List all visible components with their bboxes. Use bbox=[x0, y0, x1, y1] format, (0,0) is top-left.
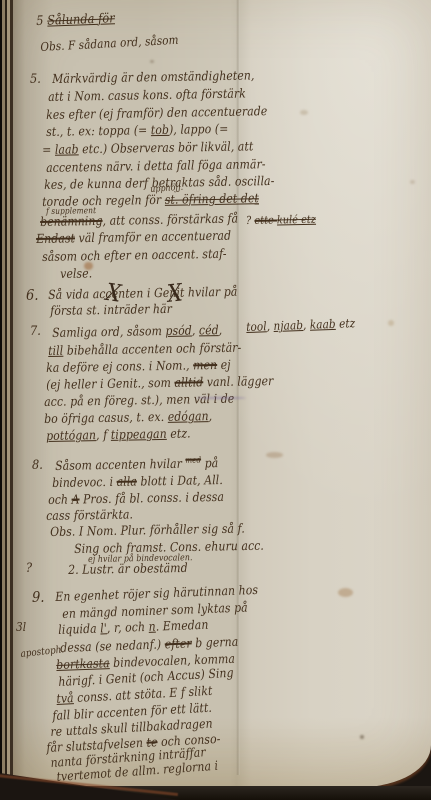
manuscript-text-segment: Obs. F sådana ord, såsom bbox=[40, 33, 179, 54]
paragraph-9-number: 9. bbox=[32, 588, 45, 606]
header-obs-line: Obs. F sådana ord, såsom bbox=[40, 33, 179, 54]
manuscript-text-segment: , bbox=[209, 408, 213, 423]
manuscript-text-segment: Så vida accenten i Genit hvilar på bbox=[48, 284, 238, 302]
manuscript-text-segment: ? bbox=[246, 214, 255, 227]
paper-stain bbox=[300, 110, 308, 115]
manuscript-text-segment: att i Nom. casus kons. ofta förstärk bbox=[48, 86, 246, 104]
manuscript-text-segment: st., t. ex: toppa (= bbox=[46, 122, 151, 139]
p7-line: Samliga ord, såsom psód, céd, bbox=[52, 322, 222, 340]
paragraph-8-number: 8. bbox=[32, 458, 43, 473]
manuscript-text-segment: b gerna bbox=[191, 634, 238, 651]
manuscript-text-segment: ej bbox=[217, 357, 231, 372]
manuscript-text-segment: alltid bbox=[174, 374, 203, 389]
manuscript-text-segment: acc. på en föreg. st.), men väl i de bbox=[44, 391, 235, 409]
header-struck-title: 5 Sålunda för bbox=[36, 11, 115, 29]
manuscript-text-segment: ka deföre ej cons. i Nom., bbox=[46, 357, 193, 375]
manuscript-text-segment: på bbox=[201, 455, 218, 470]
handwriting-layer: 5 Sålunda förObs. F sådana ord, såsom5.M… bbox=[0, 0, 431, 800]
manuscript-text-segment: men bbox=[193, 357, 217, 372]
manuscript-text-segment: laab bbox=[55, 141, 79, 156]
margin-note-right: tool, njaab, kaab etz bbox=[246, 316, 355, 334]
manuscript-text-segment: edógan bbox=[168, 408, 209, 424]
p5-line: accentens närv. i detta fall föga anmär- bbox=[46, 156, 266, 175]
manuscript-text-segment: 5. bbox=[30, 72, 41, 87]
manuscript-text-segment: Märkvärdig är den omständigheten, bbox=[52, 67, 255, 86]
manuscript-text-segment: pottógan bbox=[46, 427, 96, 443]
p8-line: Såsom accenten hvilar med på bbox=[55, 455, 218, 473]
manuscript-text-segment: etz. bbox=[167, 425, 191, 440]
manuscript-text-segment: ), lappo (= bbox=[169, 121, 229, 137]
manuscript-text-segment: , f bbox=[96, 427, 111, 442]
manuscript-text-segment: dessa (se nedanf.) bbox=[60, 636, 165, 655]
manuscript-text-segment: bindevoc. i bbox=[52, 474, 117, 490]
manuscript-text-segment: 9. bbox=[32, 588, 45, 606]
manuscript-text-segment: tippeagan bbox=[111, 426, 167, 442]
p7-line: bo öfriga casus, t. ex. edógan, bbox=[44, 408, 212, 426]
manuscript-text-segment: tool bbox=[246, 319, 267, 334]
paragraph-7-number: 7. bbox=[30, 324, 41, 339]
p5-line: benämning, att conss. förstärkas få bbox=[40, 211, 238, 229]
p7-line: (ej heller i Genit., som alltid vanl. lä… bbox=[46, 373, 273, 392]
paper-stain bbox=[360, 735, 364, 739]
manuscript-text-segment: accentens närv. i detta fall föga anmär- bbox=[46, 156, 266, 175]
manuscript-text-segment: tob bbox=[151, 122, 169, 137]
margin-question-mark: ? bbox=[26, 561, 32, 576]
p7-line: till bibehålla accenten och förstär- bbox=[48, 340, 241, 358]
manuscript-text-segment: ? bbox=[26, 561, 32, 576]
margin-note-right: ? ette kulé etz bbox=[246, 213, 316, 227]
p5-line: st., t. ex: toppa (= tob), lappo (= bbox=[46, 121, 228, 139]
manuscript-text-segment: kaab bbox=[310, 317, 336, 332]
manuscript-text-segment: bibehålla accenten och förstär- bbox=[63, 340, 241, 358]
p7-line: ka deföre ej cons. i Nom., men ej bbox=[46, 357, 231, 375]
manuscript-text-segment: till bbox=[48, 343, 63, 358]
manuscript-text-segment: efter bbox=[164, 635, 191, 651]
manuscript-text-segment: Såsom accenten hvilar bbox=[55, 456, 186, 473]
manuscript-text-segment: Sålunda för bbox=[47, 11, 115, 28]
manuscript-text-segment: kulé etz bbox=[277, 213, 316, 227]
paper-stain bbox=[388, 320, 394, 326]
p5-line: = laab etc.) Observeras bör likväl, att bbox=[42, 138, 253, 157]
p5-line: såsom och efter en oaccent. staf- bbox=[42, 246, 227, 264]
manuscript-text-segment: Endast bbox=[36, 230, 75, 246]
manuscript-text-segment: Samliga ord, såsom bbox=[52, 323, 166, 340]
paragraph-5-number: 5. bbox=[30, 72, 41, 87]
p5-line: kes efter (ej framför) den accentuerade bbox=[46, 103, 267, 122]
paper-stain bbox=[196, 397, 246, 399]
manuscript-text-segment: 3l bbox=[16, 620, 26, 634]
manuscript-text-segment: cass förstärkta. bbox=[46, 506, 133, 523]
paper-stain bbox=[338, 588, 353, 597]
p7-line: pottógan, f tippeagan etz. bbox=[46, 425, 191, 443]
paper-stain bbox=[266, 452, 283, 458]
manuscript-text-segment: och bbox=[48, 492, 72, 507]
manuscript-text-segment: etz bbox=[335, 316, 355, 331]
manuscript-text-segment: bo öfriga casus, t. ex. bbox=[44, 409, 168, 426]
manuscript-text-segment: ette bbox=[254, 213, 277, 226]
p8-obs-line: Obs. I Nom. Plur. förhåller sig så f. bbox=[50, 521, 245, 539]
manuscript-text-segment: = bbox=[42, 142, 55, 157]
manuscript-text-segment: njaab bbox=[273, 318, 303, 333]
manuscript-text-segment: , att conss. förstärkas få bbox=[102, 211, 238, 228]
manuscript-text-segment: 2. Lustr. är obestämd bbox=[68, 560, 188, 577]
manuscript-text-segment: psód bbox=[165, 323, 192, 338]
manuscript-text-segment: , bbox=[219, 322, 223, 337]
manuscript-text-segment: såsom och efter en oaccent. staf- bbox=[42, 246, 227, 264]
manuscript-text-segment: Obs. I Nom. Plur. förhåller sig så f. bbox=[50, 521, 245, 539]
manuscript-text-segment: blott i Dat, All. bbox=[137, 472, 223, 488]
manuscript-text-segment: kes efter (ej framför) den accentuerade bbox=[46, 103, 267, 122]
manuscript-text-segment: två bbox=[56, 690, 74, 706]
manuscript-text-segment: med bbox=[185, 454, 201, 464]
manuscript-text-segment: Pros. få bl. conss. i dessa bbox=[79, 489, 224, 507]
manuscript-text-segment: . Emedan bbox=[155, 617, 208, 634]
p5-line: att i Nom. casus kons. ofta förstärk bbox=[48, 86, 246, 104]
manuscript-text-segment: , r, och bbox=[107, 619, 149, 635]
paper-stain bbox=[410, 180, 415, 184]
manuscript-text-segment: vanl. lägger bbox=[203, 373, 273, 389]
manuscript-text-segment: benämning bbox=[40, 213, 103, 229]
manuscript-text-segment: liquida bbox=[58, 621, 101, 637]
p6-line: Så vida accenten i Genit hvilar på bbox=[48, 284, 238, 302]
p7-line: acc. på en föreg. st.), men väl i de bbox=[44, 391, 235, 409]
manuscript-text-segment: (ej heller i Genit., som bbox=[46, 375, 175, 392]
manuscript-text-segment: 8. bbox=[32, 458, 43, 473]
manuscript-text-segment: alla bbox=[117, 474, 138, 489]
p8-line: bindevoc. i alla blott i Dat, All. bbox=[52, 472, 223, 490]
paper-stain bbox=[150, 60, 154, 63]
cross-out-x-mark: X bbox=[166, 278, 184, 307]
margin-note-left: 3l bbox=[16, 620, 26, 634]
manuscript-text-segment: 7. bbox=[30, 324, 41, 339]
manuscript-text-segment: bortkasta bbox=[56, 655, 110, 672]
manuscript-text-segment: etc.) Observeras bör likväl, att bbox=[79, 138, 254, 156]
p8-line: och A Pros. få bl. conss. i dessa bbox=[48, 489, 224, 507]
p5-line: Märkvärdig är den omständigheten, bbox=[52, 67, 255, 86]
manuscript-text-segment: 5 bbox=[36, 14, 47, 29]
manuscript-text-segment: väl framför en accentuerad bbox=[75, 228, 231, 246]
paper-stain bbox=[84, 262, 93, 270]
manuscript-text-segment: 6. bbox=[26, 286, 39, 304]
paragraph-6-number: 6. bbox=[26, 286, 39, 304]
p5-line: Endast väl framför en accentuerad bbox=[36, 228, 231, 246]
p8-line: cass förstärkta. bbox=[46, 506, 133, 523]
p8-line: 2. Lustr. är obestämd bbox=[68, 560, 188, 577]
manuscript-text-segment: X bbox=[166, 278, 184, 307]
manuscript-text-segment: céd bbox=[199, 322, 219, 337]
manuscript-photo: 5 Sålunda förObs. F sådana ord, såsom5.M… bbox=[0, 0, 431, 800]
